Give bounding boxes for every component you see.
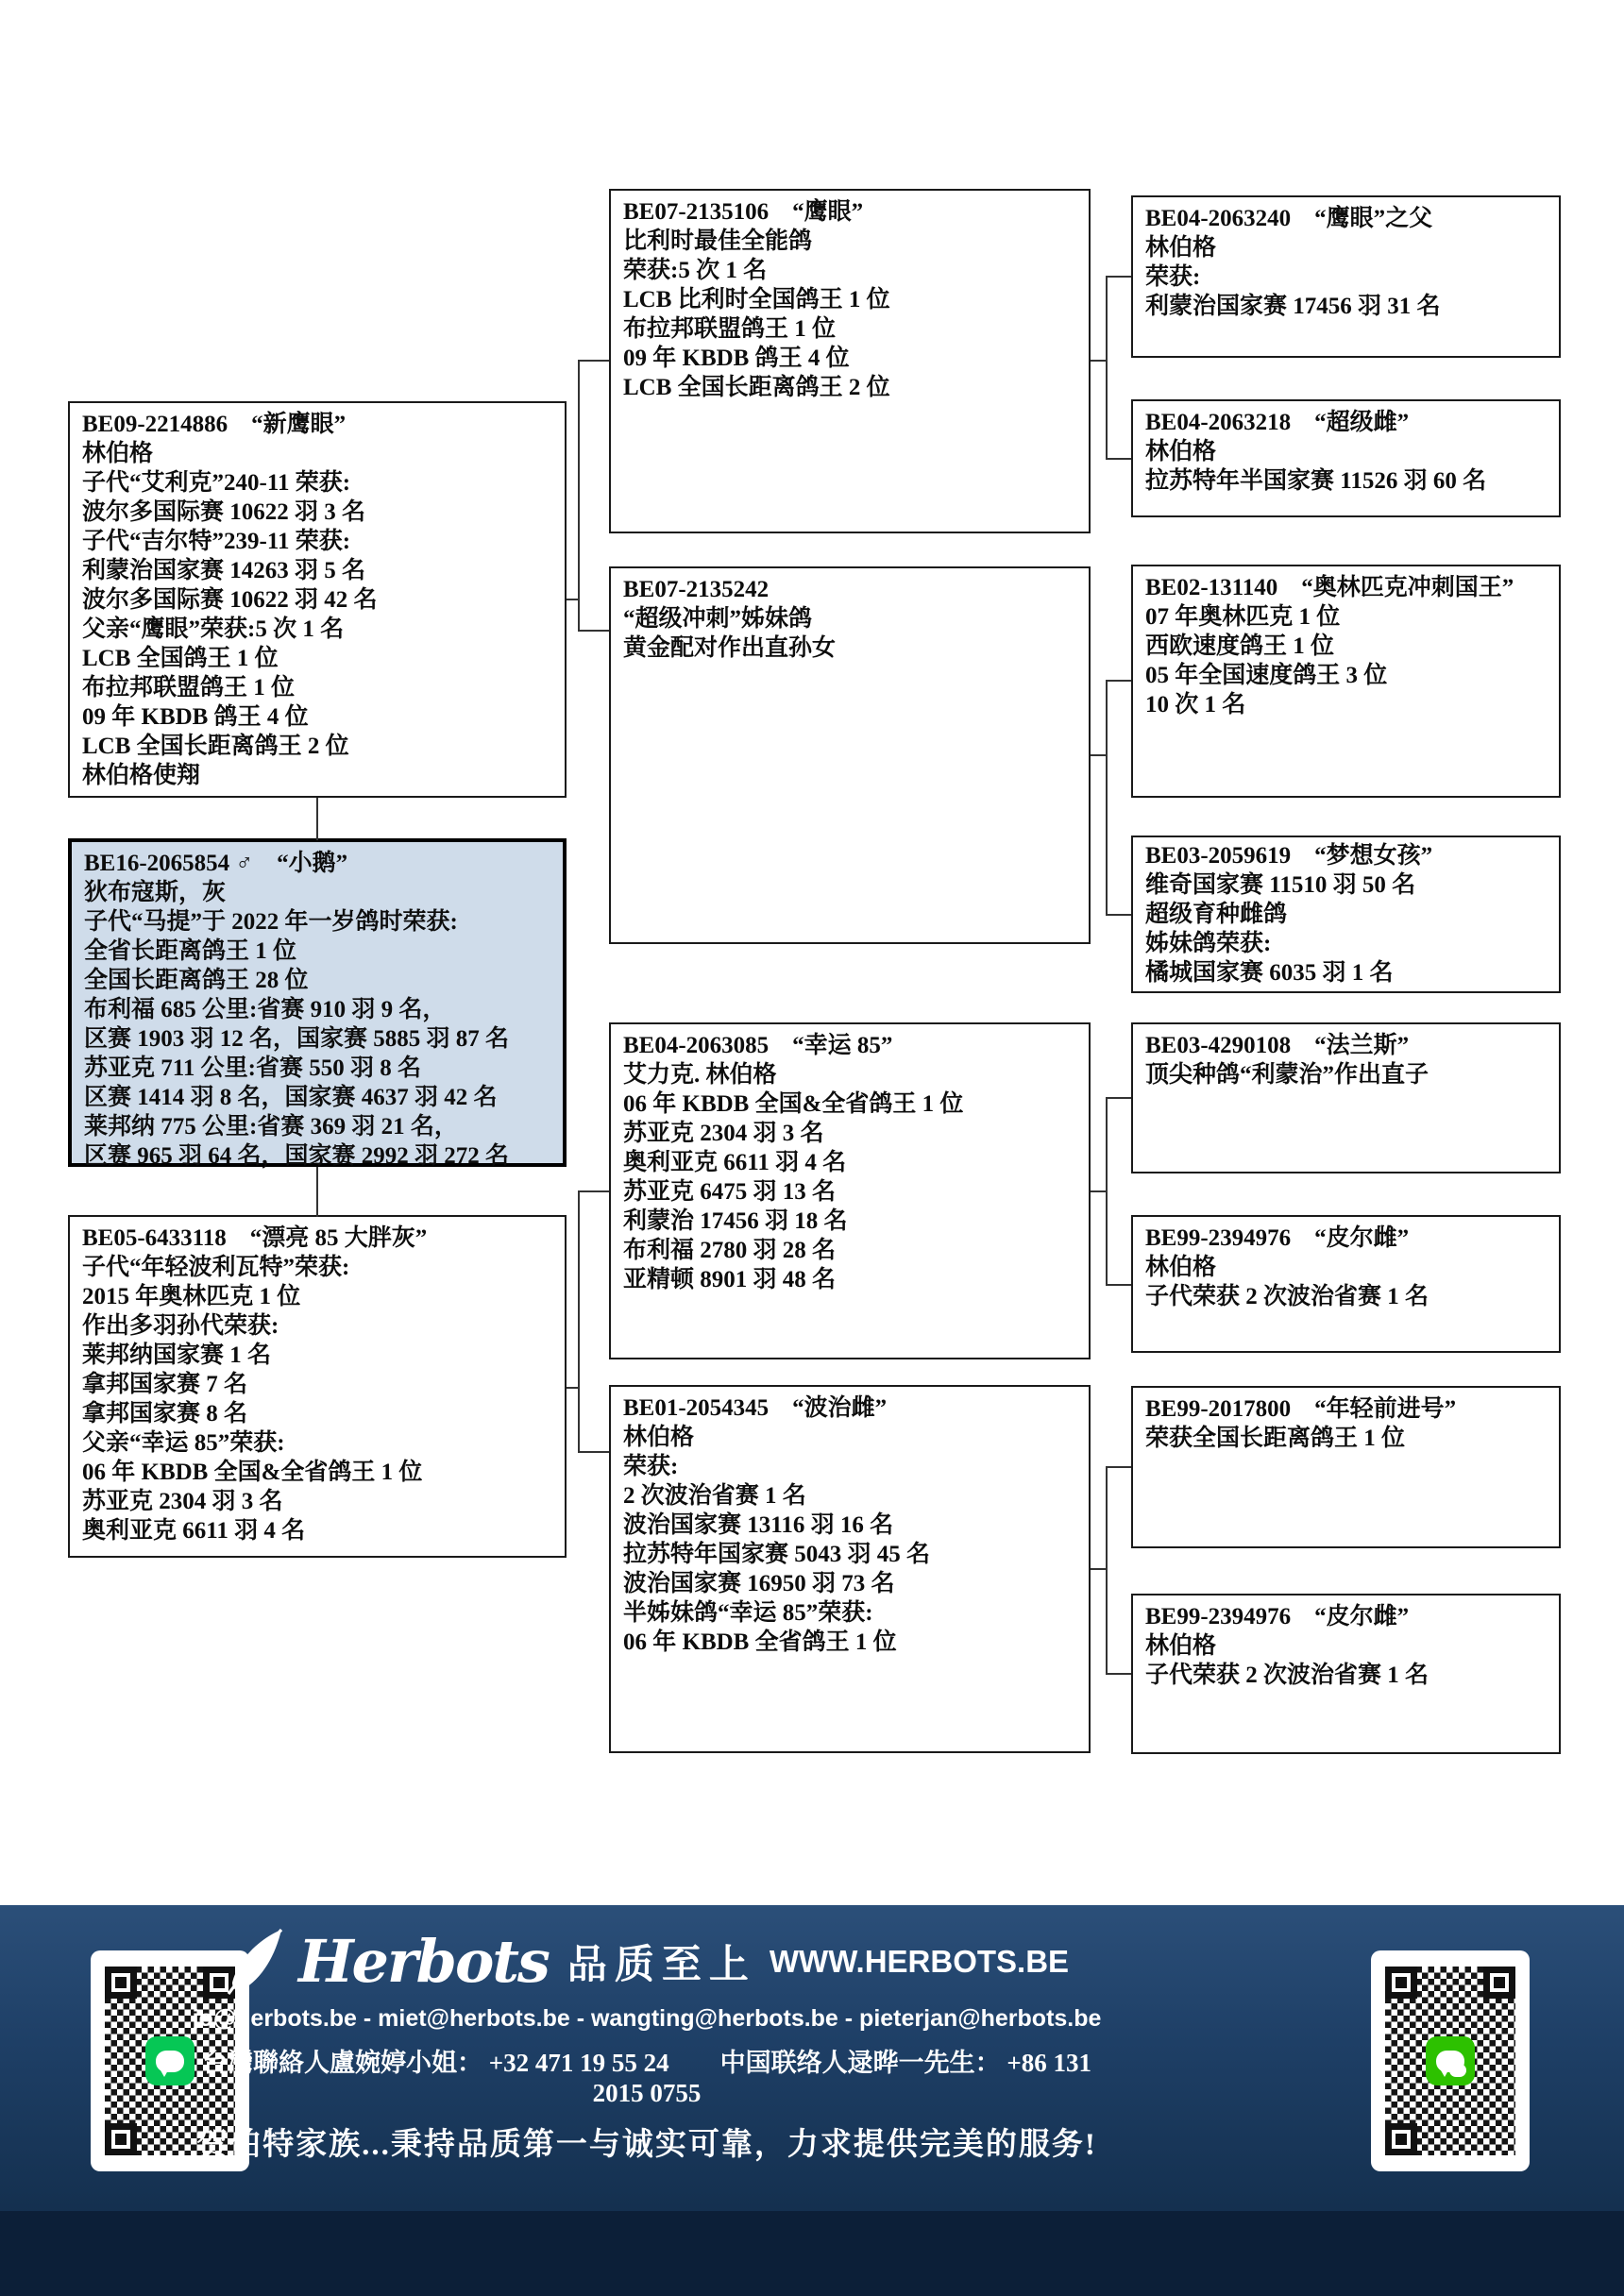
pedigree-page: BE09-2214886 “新鹰眼” 林伯格子代“艾利克”240-11 荣获:波… bbox=[0, 0, 1624, 2296]
pedigree-line: 林伯格 bbox=[82, 439, 555, 468]
pedigree-line: 林伯格 bbox=[1145, 233, 1549, 262]
connector-line bbox=[1106, 276, 1131, 278]
pedigree-box-ggp-6: BE99-2394976 “皮尔雌” 林伯格子代荣获 2 次波治省赛 1 名 bbox=[1131, 1215, 1561, 1353]
pedigree-line: 全国长距离鸽王 28 位 bbox=[84, 966, 553, 995]
pedigree-line: 橘城国家赛 6035 羽 1 名 bbox=[1145, 958, 1549, 988]
brand-slogan-cjk: 品质至上 bbox=[567, 1933, 756, 1990]
ring-number-title: BE07-2135106 “鹰眼” bbox=[623, 197, 1079, 227]
pedigree-line: 波治国家赛 13116 羽 16 名 bbox=[623, 1511, 1079, 1540]
pedigree-line: 父亲“鹰眼”荣获:5 次 1 名 bbox=[82, 615, 555, 644]
pedigree-box-subject: BE16-2065854 ♂ “小鹅” 狄布寇斯，灰子代“马提”于 2022 年… bbox=[68, 838, 567, 1167]
pedigree-line: 荣获:5 次 1 名 bbox=[623, 256, 1079, 285]
ring-number-title: BE01-2054345 “波治雌” bbox=[623, 1393, 1079, 1423]
pedigree-line: 2 次波治省赛 1 名 bbox=[623, 1481, 1079, 1511]
pedigree-line: 子代“艾利克”240-11 荣获: bbox=[82, 468, 555, 498]
pedigree-line: 06 年 KBDB 全国&全省鸽王 1 位 bbox=[623, 1089, 1079, 1119]
footer-slogan: 贺伯特家族...秉持品质第一与诚实可靠，力求提供完美的服务! bbox=[184, 2119, 1109, 2164]
pedigree-line: 区赛 1903 羽 12 名，国家赛 5885 羽 87 名 bbox=[84, 1024, 553, 1054]
pedigree-line: 作出多羽孙代荣获: bbox=[82, 1311, 555, 1341]
pedigree-line: 利蒙治国家赛 17456 羽 31 名 bbox=[1145, 292, 1549, 321]
pedigree-box-ggp-5: BE03-4290108 “法兰斯” 顶尖种鸽“利蒙治”作出直子 bbox=[1131, 1022, 1561, 1173]
contact-persons: 台灣聯絡人盧婉婷小姐： +32 471 19 55 24 中国联络人逯晔一先生：… bbox=[184, 2042, 1109, 2108]
feather-icon bbox=[225, 1928, 285, 1996]
ring-number-title: BE04-2063240 “鹰眼”之父 bbox=[1145, 204, 1549, 233]
box-lines: 维奇国家赛 11510 羽 50 名超级育种雌鸽姊妹鸽荣获:橘城国家赛 6035… bbox=[1145, 870, 1549, 988]
pedigree-line: 利蒙治国家赛 14263 羽 5 名 bbox=[82, 556, 555, 585]
pedigree-box-ggp-8: BE99-2394976 “皮尔雌” 林伯格子代荣获 2 次波治省赛 1 名 bbox=[1131, 1594, 1561, 1754]
pedigree-box-ggp-3: BE02-131140 “奥林匹克冲刺国王” 07 年奥林匹克 1 位西欧速度鸽… bbox=[1131, 565, 1561, 798]
pedigree-line: LCB 全国长距离鸽王 2 位 bbox=[82, 732, 555, 761]
pedigree-box-sire: BE09-2214886 “新鹰眼” 林伯格子代“艾利克”240-11 荣获:波… bbox=[68, 401, 567, 798]
ring-number-title: BE07-2135242 bbox=[623, 575, 1079, 604]
connector-line bbox=[1106, 276, 1108, 460]
pedigree-line: 波尔多国际赛 10622 羽 42 名 bbox=[82, 585, 555, 615]
pedigree-line: 子代荣获 2 次波治省赛 1 名 bbox=[1145, 1661, 1549, 1690]
ring-number-title: BE99-2394976 “皮尔雌” bbox=[1145, 1602, 1549, 1631]
pedigree-line: 子代“年轻波利瓦特”荣获: bbox=[82, 1253, 555, 1282]
ring-number-title: BE02-131140 “奥林匹克冲刺国王” bbox=[1145, 573, 1549, 602]
connector-line bbox=[1106, 1097, 1108, 1286]
box-lines: 子代“年轻波利瓦特”荣获:2015 年奥林匹克 1 位作出多羽孙代荣获:莱邦纳国… bbox=[82, 1253, 555, 1545]
pedigree-line: 林伯格 bbox=[623, 1423, 1079, 1452]
pedigree-line: 09 年 KBDB 鸽王 4 位 bbox=[623, 344, 1079, 373]
box-lines: 林伯格荣获:2 次波治省赛 1 名波治国家赛 13116 羽 16 名拉苏特年国… bbox=[623, 1423, 1079, 1657]
pedigree-line: 波尔多国际赛 10622 羽 3 名 bbox=[82, 498, 555, 527]
pedigree-line: 拿邦国家赛 7 名 bbox=[82, 1370, 555, 1399]
pedigree-line: 2015 年奥林匹克 1 位 bbox=[82, 1282, 555, 1311]
pedigree-line: 布利福 685 公里:省赛 910 羽 9 名， bbox=[84, 995, 553, 1024]
connector-line bbox=[578, 360, 580, 632]
pedigree-line: 子代“吉尔特”239-11 荣获: bbox=[82, 527, 555, 556]
connector-line bbox=[1106, 458, 1131, 460]
pedigree-line: 父亲“幸运 85”荣获: bbox=[82, 1428, 555, 1458]
connector-line bbox=[1106, 1466, 1108, 1675]
connector-line bbox=[1106, 680, 1108, 916]
pedigree-line: LCB 全国鸽王 1 位 bbox=[82, 644, 555, 673]
qr-finder-square bbox=[1385, 2123, 1417, 2155]
pedigree-line: 05 年全国速度鸽王 3 位 bbox=[1145, 661, 1549, 690]
email-addresses: jo@herbots.be - miet@herbots.be - wangti… bbox=[184, 2005, 1109, 2033]
pedigree-box-ggp-1: BE04-2063240 “鹰眼”之父 林伯格荣获:利蒙治国家赛 17456 羽… bbox=[1131, 195, 1561, 358]
ring-number-title: BE16-2065854 ♂ “小鹅” bbox=[84, 849, 553, 878]
pedigree-line: 波治国家赛 16950 羽 73 名 bbox=[623, 1569, 1079, 1598]
box-lines: 顶尖种鸽“利蒙治”作出直子 bbox=[1145, 1060, 1549, 1089]
ring-number-title: BE04-2063085 “幸运 85” bbox=[623, 1031, 1079, 1060]
connector-line bbox=[1106, 914, 1131, 916]
website-url: WWW.HERBOTS.BE bbox=[770, 1944, 1069, 1980]
ring-number-title: BE05-6433118 “漂亮 85 大胖灰” bbox=[82, 1224, 555, 1253]
pedigree-line: 奥利亚克 6611 羽 4 名 bbox=[623, 1148, 1079, 1177]
pedigree-line: 半姊妹鸽“幸运 85”荣获: bbox=[623, 1598, 1079, 1628]
pedigree-line: 06 年 KBDB 全国&全省鸽王 1 位 bbox=[82, 1458, 555, 1487]
pedigree-line: 狄布寇斯，灰 bbox=[84, 878, 553, 907]
footer-bottom-strip bbox=[0, 2211, 1624, 2296]
qr-pattern bbox=[1385, 1967, 1515, 2155]
box-lines: 狄布寇斯，灰子代“马提”于 2022 年一岁鸽时荣获:全省长距离鸽王 1 位全国… bbox=[84, 878, 553, 1171]
pedigree-box-sires-sire: BE07-2135106 “鹰眼” 比利时最佳全能鸽荣获:5 次 1 名LCB … bbox=[609, 189, 1091, 533]
pedigree-line: 荣获: bbox=[1145, 262, 1549, 292]
pedigree-line: 苏亚克 711 公里:省赛 550 羽 8 名 bbox=[84, 1054, 553, 1083]
pedigree-line: 莱邦纳国家赛 1 名 bbox=[82, 1341, 555, 1370]
box-lines: “超级冲刺”姊妹鸽黄金配对作出直孙女 bbox=[623, 604, 1079, 663]
ring-number-title: BE03-2059619 “梦想女孩” bbox=[1145, 841, 1549, 870]
footer-content: Herbots 品质至上 WWW.HERBOTS.BE jo@herbots.b… bbox=[184, 1920, 1109, 2164]
herbots-logo-text: Herbots bbox=[298, 1933, 549, 1991]
ring-number-title: BE04-2063218 “超级雌” bbox=[1145, 408, 1549, 437]
qr-finder-square bbox=[1483, 1967, 1515, 1999]
box-lines: 林伯格子代“艾利克”240-11 荣获:波尔多国际赛 10622 羽 3 名子代… bbox=[82, 439, 555, 790]
connector-line bbox=[1106, 680, 1131, 682]
pedigree-line: 07 年奥林匹克 1 位 bbox=[1145, 602, 1549, 632]
pedigree-line: 顶尖种鸽“利蒙治”作出直子 bbox=[1145, 1060, 1549, 1089]
pedigree-line: 苏亚克 2304 羽 3 名 bbox=[82, 1487, 555, 1516]
chat-bubble-shape bbox=[156, 2051, 184, 2072]
connector-line bbox=[1106, 1466, 1131, 1468]
box-lines: 艾力克. 林伯格06 年 KBDB 全国&全省鸽王 1 位苏亚克 2304 羽 … bbox=[623, 1060, 1079, 1294]
box-lines: 荣获全国长距离鸽王 1 位 bbox=[1145, 1424, 1549, 1453]
pedigree-box-dam: BE05-6433118 “漂亮 85 大胖灰” 子代“年轻波利瓦特”荣获:20… bbox=[68, 1215, 567, 1558]
connector-line bbox=[578, 1190, 609, 1192]
pedigree-line: 苏亚克 2304 羽 3 名 bbox=[623, 1119, 1079, 1148]
pedigree-line: 黄金配对作出直孙女 bbox=[623, 633, 1079, 663]
pedigree-line: 奥利亚克 6611 羽 4 名 bbox=[82, 1516, 555, 1545]
pedigree-line: 莱邦纳 775 公里:省赛 369 羽 21 名， bbox=[84, 1112, 553, 1141]
qr-code-wechat bbox=[1371, 1950, 1530, 2171]
pedigree-line: 荣获: bbox=[623, 1452, 1079, 1481]
box-lines: 林伯格子代荣获 2 次波治省赛 1 名 bbox=[1145, 1253, 1549, 1311]
pedigree-line: LCB 全国长距离鸽王 2 位 bbox=[623, 373, 1079, 402]
ring-number-title: BE09-2214886 “新鹰眼” bbox=[82, 410, 555, 439]
pedigree-line: 艾力克. 林伯格 bbox=[623, 1060, 1079, 1089]
pedigree-line: 区赛 1414 羽 8 名，国家赛 4637 羽 42 名 bbox=[84, 1083, 553, 1112]
qr-finder-square bbox=[105, 2123, 137, 2155]
pedigree-line: 09 年 KBDB 鸽王 4 位 bbox=[82, 702, 555, 732]
pedigree-box-sires-dam: BE07-2135242 “超级冲刺”姊妹鸽黄金配对作出直孙女 bbox=[609, 566, 1091, 944]
connector-line bbox=[578, 630, 609, 632]
pedigree-line: 区赛 965 羽 64 名，国家赛 2992 羽 272 名 bbox=[84, 1141, 553, 1171]
pedigree-line: 全省长距离鸽王 1 位 bbox=[84, 937, 553, 966]
connector-line bbox=[316, 1167, 318, 1217]
box-lines: 林伯格子代荣获 2 次波治省赛 1 名 bbox=[1145, 1631, 1549, 1690]
pedigree-line: 布利福 2780 羽 28 名 bbox=[623, 1236, 1079, 1265]
connector-line bbox=[578, 1190, 580, 1453]
connector-line bbox=[316, 798, 318, 840]
pedigree-line: 姊妹鸽荣获: bbox=[1145, 929, 1549, 958]
pedigree-line: 子代荣获 2 次波治省赛 1 名 bbox=[1145, 1282, 1549, 1311]
pedigree-box-dams-sire: BE04-2063085 “幸运 85” 艾力克. 林伯格06 年 KBDB 全… bbox=[609, 1022, 1091, 1359]
pedigree-line: 西欧速度鸽王 1 位 bbox=[1145, 632, 1549, 661]
pedigree-line: 苏亚克 6475 羽 13 名 bbox=[623, 1177, 1079, 1207]
connector-line bbox=[1106, 1284, 1131, 1286]
pedigree-line: LCB 比利时全国鸽王 1 位 bbox=[623, 285, 1079, 314]
pedigree-box-dams-dam: BE01-2054345 “波治雌” 林伯格荣获:2 次波治省赛 1 名波治国家… bbox=[609, 1385, 1091, 1753]
pedigree-box-ggp-7: BE99-2017800 “年轻前进号” 荣获全国长距离鸽王 1 位 bbox=[1131, 1386, 1561, 1548]
connector-line bbox=[578, 1451, 609, 1453]
pedigree-line: 林伯格 bbox=[1145, 437, 1549, 466]
pedigree-line: 林伯格 bbox=[1145, 1253, 1549, 1282]
pedigree-box-ggp-4: BE03-2059619 “梦想女孩” 维奇国家赛 11510 羽 50 名超级… bbox=[1131, 836, 1561, 993]
pedigree-box-ggp-2: BE04-2063218 “超级雌” 林伯格拉苏特年半国家赛 11526 羽 6… bbox=[1131, 399, 1561, 517]
pedigree-line: 利蒙治 17456 羽 18 名 bbox=[623, 1207, 1079, 1236]
box-lines: 林伯格拉苏特年半国家赛 11526 羽 60 名 bbox=[1145, 437, 1549, 496]
pedigree-line: 荣获全国长距离鸽王 1 位 bbox=[1145, 1424, 1549, 1453]
pedigree-line: 子代“马提”于 2022 年一岁鸽时荣获: bbox=[84, 907, 553, 937]
connector-line bbox=[578, 360, 609, 362]
pedigree-line: 拉苏特年半国家赛 11526 羽 60 名 bbox=[1145, 466, 1549, 496]
pedigree-line: 布拉邦联盟鸽王 1 位 bbox=[623, 314, 1079, 344]
qr-finder-square bbox=[105, 1967, 137, 1999]
chat-bubble-shape bbox=[1449, 2064, 1466, 2077]
brand-row: Herbots 品质至上 WWW.HERBOTS.BE bbox=[184, 1920, 1109, 2003]
pedigree-line: 06 年 KBDB 全省鸽王 1 位 bbox=[623, 1628, 1079, 1657]
pedigree-line: 布拉邦联盟鸽王 1 位 bbox=[82, 673, 555, 702]
ring-number-title: BE03-4290108 “法兰斯” bbox=[1145, 1031, 1549, 1060]
wechat-icon bbox=[1426, 2036, 1475, 2085]
pedigree-line: “超级冲刺”姊妹鸽 bbox=[623, 604, 1079, 633]
connector-line bbox=[1106, 1673, 1131, 1675]
box-lines: 07 年奥林匹克 1 位西欧速度鸽王 1 位05 年全国速度鸽王 3 位10 次… bbox=[1145, 602, 1549, 719]
pedigree-line: 拉苏特年国家赛 5043 羽 45 名 bbox=[623, 1540, 1079, 1569]
box-lines: 比利时最佳全能鸽荣获:5 次 1 名LCB 比利时全国鸽王 1 位布拉邦联盟鸽王… bbox=[623, 227, 1079, 402]
pedigree-line: 维奇国家赛 11510 羽 50 名 bbox=[1145, 870, 1549, 900]
pedigree-line: 拿邦国家赛 8 名 bbox=[82, 1399, 555, 1428]
box-lines: 林伯格荣获:利蒙治国家赛 17456 羽 31 名 bbox=[1145, 233, 1549, 321]
ring-number-title: BE99-2394976 “皮尔雌” bbox=[1145, 1224, 1549, 1253]
qr-finder-square bbox=[1385, 1967, 1417, 1999]
connector-line bbox=[1106, 1097, 1131, 1099]
ring-number-title: BE99-2017800 “年轻前进号” bbox=[1145, 1394, 1549, 1424]
pedigree-line: 林伯格使翔 bbox=[82, 761, 555, 790]
pedigree-line: 超级育种雌鸽 bbox=[1145, 900, 1549, 929]
pedigree-line: 亚精顿 8901 羽 48 名 bbox=[623, 1265, 1079, 1294]
pedigree-line: 比利时最佳全能鸽 bbox=[623, 227, 1079, 256]
pedigree-line: 10 次 1 名 bbox=[1145, 690, 1549, 719]
pedigree-line: 林伯格 bbox=[1145, 1631, 1549, 1661]
